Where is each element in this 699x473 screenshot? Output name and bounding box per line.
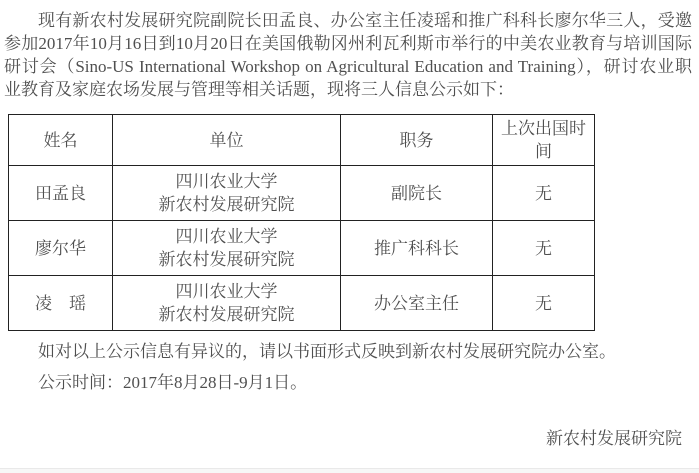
cell-title: 办公室主任 — [341, 276, 493, 331]
table-header-row: 姓名 单位 职务 上次出国时间 — [9, 115, 595, 166]
cell-last-abroad: 无 — [493, 276, 595, 331]
unit-line-1: 四川农业大学 — [117, 225, 336, 248]
cell-name: 廖尔华 — [9, 221, 113, 276]
objection-note: 如对以上公示信息有异议的，请以书面形式反映到新农村发展研究院办公室。 — [4, 340, 692, 363]
table-row: 廖尔华 四川农业大学 新农村发展研究院 推广科科长 无 — [9, 221, 595, 276]
unit-line-1: 四川农业大学 — [117, 280, 336, 303]
table-row: 凌 瑶 四川农业大学 新农村发展研究院 办公室主任 无 — [9, 276, 595, 331]
notice-page: 现有新农村发展研究院副院长田孟良、办公室主任凌瑶和推广科科长廖尔华三人，受邀参加… — [0, 0, 699, 473]
header-last-abroad: 上次出国时间 — [493, 115, 595, 166]
cell-name: 凌 瑶 — [9, 276, 113, 331]
cell-last-abroad: 无 — [493, 166, 595, 221]
bottom-edge-bar — [0, 468, 699, 473]
notice-content: 现有新农村发展研究院副院长田孟良、办公室主任凌瑶和推广科科长廖尔华三人，受邀参加… — [0, 0, 699, 450]
cell-title: 推广科科长 — [341, 221, 493, 276]
unit-line-2: 新农村发展研究院 — [117, 193, 336, 216]
signature: 新农村发展研究院 — [4, 427, 692, 450]
cell-unit: 四川农业大学 新农村发展研究院 — [113, 221, 341, 276]
unit-line-1: 四川农业大学 — [117, 170, 336, 193]
cell-title: 副院长 — [341, 166, 493, 221]
cell-unit: 四川农业大学 新农村发展研究院 — [113, 166, 341, 221]
header-name: 姓名 — [9, 115, 113, 166]
cell-name: 田孟良 — [9, 166, 113, 221]
personnel-table: 姓名 单位 职务 上次出国时间 田孟良 四川农业大学 新农村发展研究院 副院长 … — [8, 114, 595, 331]
cell-unit: 四川农业大学 新农村发展研究院 — [113, 276, 341, 331]
header-unit: 单位 — [113, 115, 341, 166]
header-title: 职务 — [341, 115, 493, 166]
cell-last-abroad: 无 — [493, 221, 595, 276]
publicity-period: 公示时间：2017年8月28日-9月1日。 — [4, 371, 692, 394]
unit-line-2: 新农村发展研究院 — [117, 248, 336, 271]
unit-line-2: 新农村发展研究院 — [117, 303, 336, 326]
table-row: 田孟良 四川农业大学 新农村发展研究院 副院长 无 — [9, 166, 595, 221]
intro-paragraph: 现有新农村发展研究院副院长田孟良、办公室主任凌瑶和推广科科长廖尔华三人，受邀参加… — [4, 9, 692, 101]
